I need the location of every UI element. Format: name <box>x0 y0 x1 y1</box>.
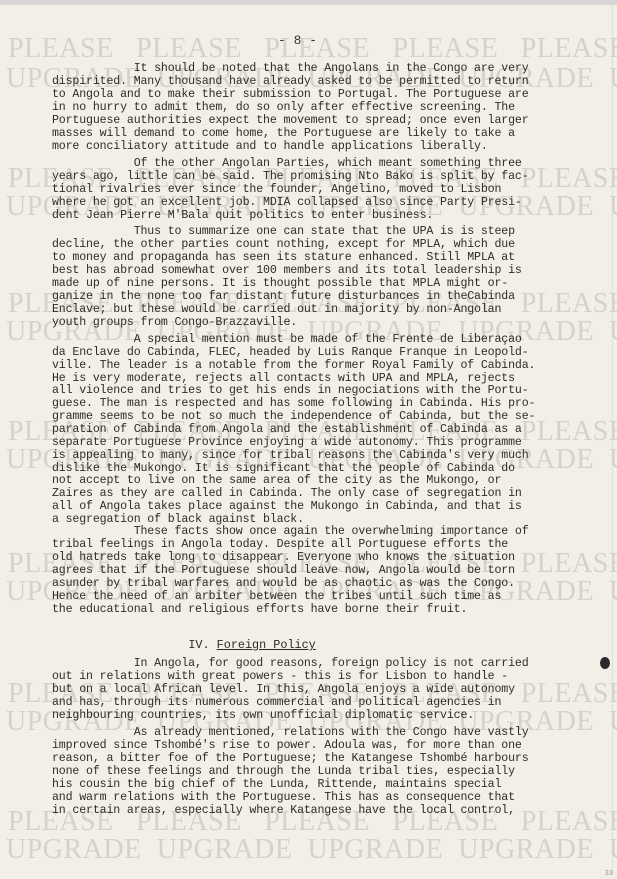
text-line: all violence and tries to get his ends i… <box>52 384 529 397</box>
ink-blot <box>600 657 610 669</box>
text-line: dispirited. Many thousand have already a… <box>52 75 529 88</box>
text-line: Hence the need of an arbiter between the… <box>52 590 501 603</box>
text-line: old hatreds take long to disappear. Ever… <box>52 551 515 564</box>
text-line: guese. The man is respected and has some… <box>52 397 535 410</box>
text-line: A special mention must be made of the Fr… <box>52 333 522 346</box>
text-line: reason, a bitter foe of the Portuguese; … <box>52 752 529 765</box>
text-line: tional rivalries ever since the founder,… <box>52 183 501 196</box>
text-line: It should be noted that the Angolans in … <box>52 62 529 75</box>
text-line: Zaires as they are called in Cabinda. Th… <box>52 487 522 500</box>
text-line: In Angola, for good reasons, foreign pol… <box>52 657 529 670</box>
text-line: more conciliatory attitude and to handle… <box>52 140 488 153</box>
text-line: separate Portuguese Province enjoying a … <box>52 436 522 449</box>
text-line: all of Angola takes place against the Mu… <box>52 500 522 513</box>
text-line: masses will demand to come home, the Por… <box>52 127 515 140</box>
text-line: decline, the other parties count nothing… <box>52 238 515 251</box>
text-line: As already mentioned, relations with the… <box>52 726 529 739</box>
page-number: - 8 - <box>278 33 317 48</box>
text-line: dent Jean Pierre M'Bala quit politics to… <box>52 209 433 222</box>
text-line: neighbouring countries, its own unoffici… <box>52 709 474 722</box>
text-line: to Angola and to make their submission t… <box>52 88 529 101</box>
text-line: where he got an excellent job. MDIA coll… <box>52 196 522 209</box>
text-line: is appealing to many, since for tribal r… <box>52 449 529 462</box>
text-line: his cousin the big chief of the Lunda, R… <box>52 778 501 791</box>
text-line: none of these feelings and through the L… <box>52 765 515 778</box>
text-line: to money and propaganda has seen its sta… <box>52 251 515 264</box>
text-line: years ago, little can be said. The promi… <box>52 170 529 183</box>
text-line: gramme seems to be not so much the indep… <box>52 410 535 423</box>
text-line: not accept to live on the same area of t… <box>52 474 501 487</box>
corner-page-mark: 33 <box>605 870 613 878</box>
text-line: Of the other Angolan Parties, which mean… <box>52 157 522 170</box>
text-line: improved since Tshombé's rise to power. … <box>52 739 522 752</box>
text-line: ganize in the none too far distant futur… <box>52 290 515 303</box>
text-line: agrees that if the Portuguese should lea… <box>52 564 515 577</box>
text-line: tribal feelings in Angola today. Despite… <box>52 538 508 551</box>
text-line: ville. The leader is a notable from the … <box>52 359 535 372</box>
text-line: da Enclave do Cabinda, FLEC, headed by L… <box>52 346 529 359</box>
text-line: youth groups from Congo-Brazzaville. <box>52 316 297 329</box>
text-line: Enclave; but these would be carried out … <box>52 303 501 316</box>
text-line: Portuguese authorities expect the moveme… <box>52 114 529 127</box>
section-title: Foreign Policy <box>217 638 316 652</box>
text-line: best has abroad somewhat over 100 member… <box>52 264 522 277</box>
text-line: These facts show once again the overwhel… <box>52 525 529 538</box>
text-line: in certain areas, especially where Katan… <box>52 804 515 817</box>
text-line: out in relations with great powers - thi… <box>52 670 508 683</box>
text-line: and warm relations with the Portuguese. … <box>52 791 515 804</box>
text-line: asunder by tribal warfares and would be … <box>52 577 515 590</box>
text-line: made up of nine persons. It is thought p… <box>52 277 508 290</box>
text-line: the educational and religious efforts ha… <box>52 603 467 616</box>
text-line: Thus to summarize one can state that the… <box>52 225 515 238</box>
text-line: in no hurry to admit them, do so only af… <box>52 101 515 114</box>
section-numeral: IV. <box>188 638 216 652</box>
text-line: and has, through its numerous commercial… <box>52 696 501 709</box>
text-line: but on a local African level. In this, A… <box>52 683 515 696</box>
page-right-edge <box>612 5 613 875</box>
text-line: paration of Cabinda from Angola and the … <box>52 423 522 436</box>
